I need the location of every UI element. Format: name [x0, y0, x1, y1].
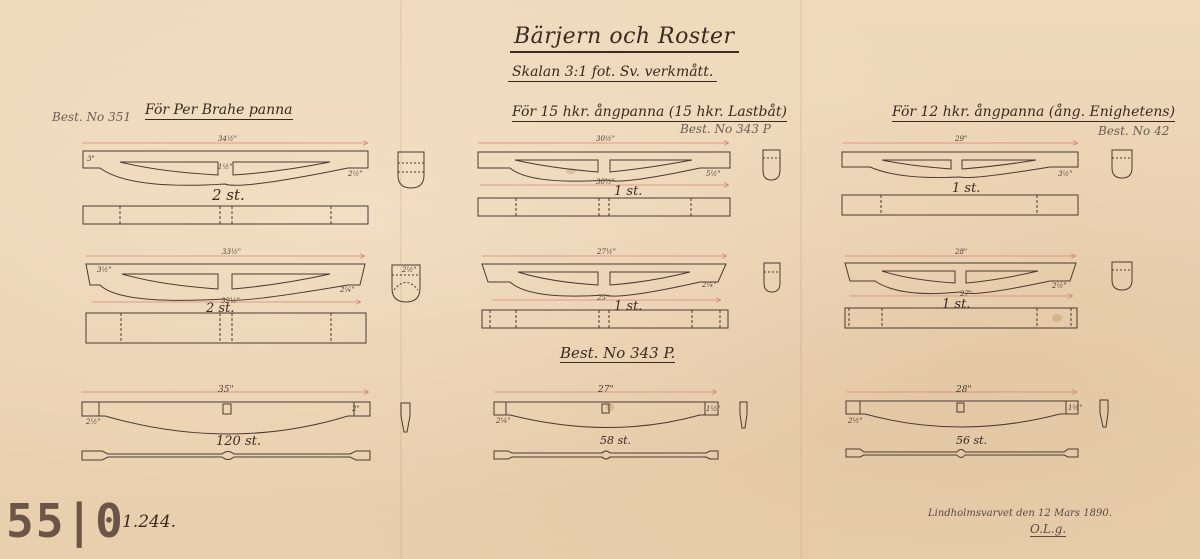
dimension-label: 5½": [706, 170, 720, 178]
dimension-label: 3½": [1058, 170, 1072, 178]
quantity-label: 1 st.: [942, 297, 970, 312]
dimension-label: 33½": [222, 248, 241, 256]
dimension-label: 34½": [218, 135, 237, 143]
dimension-label: 27½": [597, 248, 616, 256]
archive-number: 1.244.: [122, 512, 176, 532]
dimension-label: 2½": [86, 418, 100, 426]
quantity-label: 120 st.: [216, 434, 261, 449]
quantity-label: 56 st.: [956, 434, 987, 447]
dimension-label: 2¼": [496, 417, 510, 425]
dimension-label: 3½": [97, 266, 111, 274]
dimension-label: 2¼": [340, 286, 354, 294]
dimension-label: 28": [955, 248, 967, 256]
dimension-label: 1½": [218, 163, 232, 171]
archive-stamp: 55|0: [6, 494, 125, 548]
dimension-label: 28": [956, 385, 972, 395]
quantity-label: 2 st.: [212, 186, 245, 204]
dimension-label: 1½": [706, 405, 720, 413]
dimension-label: 30½": [596, 178, 615, 186]
dimension-label: 1½": [1068, 404, 1082, 412]
signature: O.L.g.: [1030, 522, 1066, 537]
dimension-label: 29": [955, 135, 967, 143]
dimension-label: 2¼": [702, 281, 716, 289]
quantity-label: 2 st.: [206, 301, 234, 316]
order-note-center: Best. No 343 P.: [560, 344, 675, 363]
quantity-label: 58 st.: [600, 434, 631, 447]
drawing-sheet: Bärjern och Roster Skalan 3:1 fot. Sv. v…: [0, 0, 1200, 559]
dimension-label: 2½": [348, 170, 362, 178]
dimension-label: 2½": [402, 266, 416, 274]
dimension-label: 2½": [848, 417, 862, 425]
place-date: Lindholmsvarvet den 12 Mars 1890.: [928, 508, 1112, 519]
dimension-label: 2": [352, 405, 360, 413]
dimension-label: 30½": [596, 135, 615, 143]
dimension-label: 35": [218, 385, 234, 395]
quantity-label: 1 st.: [952, 181, 980, 196]
dimension-label: 3": [87, 155, 95, 163]
dimension-label: 27": [598, 385, 614, 395]
technical-drawings: [0, 0, 1200, 559]
dimension-label: 25": [597, 294, 609, 302]
dimension-label: 2½": [1052, 282, 1066, 290]
quantity-label: 1 st.: [614, 184, 642, 199]
quantity-label: 1 st.: [614, 299, 642, 314]
